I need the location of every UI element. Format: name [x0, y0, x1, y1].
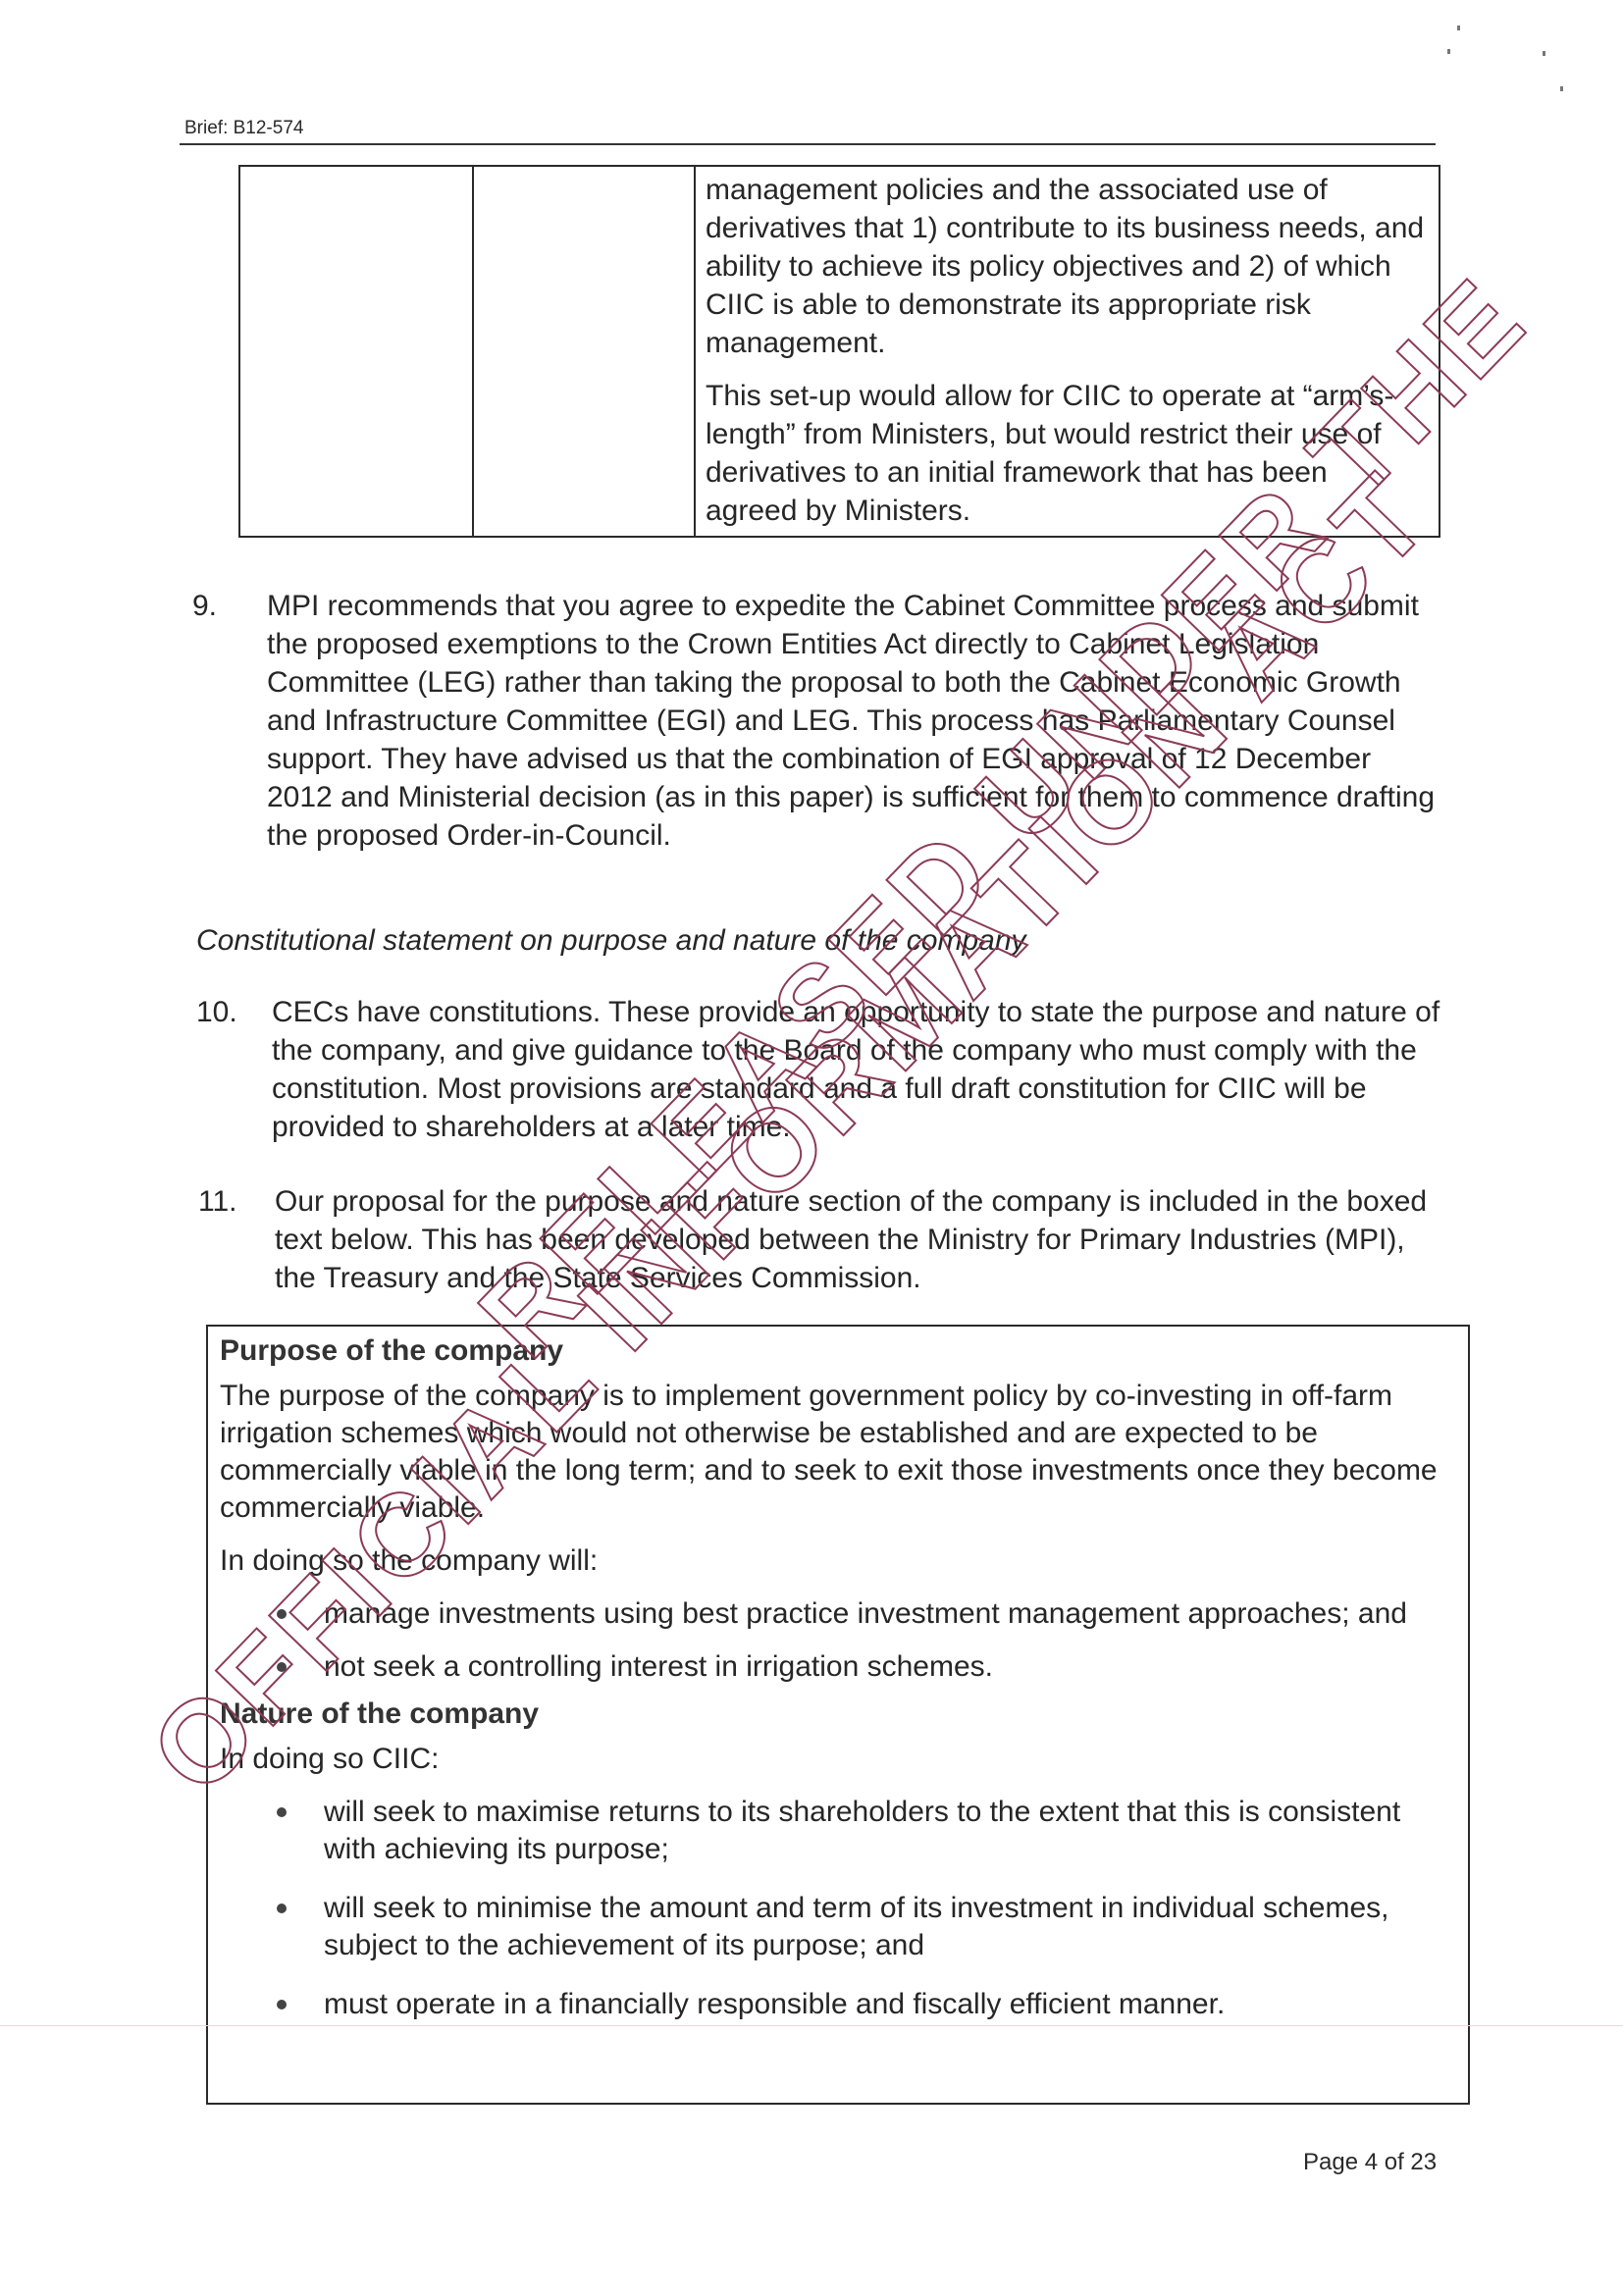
- nature-list: will seek to maximise returns to its sha…: [220, 1794, 1448, 2023]
- bullet-icon: [277, 1904, 287, 1913]
- table-cell-description: management policies and the associated u…: [706, 171, 1427, 545]
- list-item: will seek to maximise returns to its sha…: [220, 1794, 1448, 1868]
- paragraph-number: 10.: [196, 993, 237, 1031]
- list-item: manage investments using best practice i…: [220, 1595, 1448, 1633]
- bullet-icon: [277, 1609, 287, 1619]
- purpose-heading: Purpose of the company: [220, 1332, 1448, 1370]
- table-column-divider: [472, 167, 474, 536]
- scan-speck: [1543, 51, 1545, 56]
- list-item-text: will seek to minimise the amount and ter…: [324, 1892, 1388, 1961]
- purpose-intro: In doing so the company will:: [220, 1542, 1448, 1580]
- table-cell-paragraph: management policies and the associated u…: [706, 171, 1427, 362]
- section-heading: Constitutional statement on purpose and …: [196, 924, 1026, 958]
- bullet-icon: [277, 2000, 287, 2009]
- purpose-text: The purpose of the company is to impleme…: [220, 1378, 1448, 1527]
- list-item-text: must operate in a financially responsibl…: [324, 1988, 1225, 2020]
- list-item: will seek to minimise the amount and ter…: [220, 1890, 1448, 1964]
- bullet-icon: [277, 1662, 287, 1672]
- table-cell-paragraph: This set-up would allow for CIIC to oper…: [706, 377, 1427, 530]
- scan-artifact-line: [0, 2025, 1623, 2026]
- list-item-text: not seek a controlling interest in irrig…: [324, 1650, 993, 1683]
- list-item-text: manage investments using best practice i…: [324, 1597, 1407, 1630]
- list-item: not seek a controlling interest in irrig…: [220, 1648, 1448, 1686]
- purpose-list: manage investments using best practice i…: [220, 1595, 1448, 1686]
- list-item-text: will seek to maximise returns to its sha…: [324, 1796, 1400, 1865]
- bullet-icon: [277, 1807, 287, 1817]
- table-column-divider: [694, 167, 696, 536]
- paragraph-10: CECs have constitutions. These provide a…: [272, 993, 1449, 1146]
- purpose-nature-box: Purpose of the company The purpose of th…: [206, 1325, 1470, 2105]
- nature-heading: Nature of the company: [220, 1696, 1448, 1733]
- options-table-continuation: management policies and the associated u…: [238, 165, 1440, 538]
- page-number: Page 4 of 23: [1303, 2149, 1437, 2176]
- paragraph-number: 11.: [198, 1182, 236, 1221]
- paragraph-number: 9.: [192, 587, 217, 625]
- paragraph-9: MPI recommends that you agree to expedit…: [267, 587, 1444, 855]
- header-divider: [180, 143, 1436, 145]
- paragraph-11: Our proposal for the purpose and nature …: [275, 1182, 1452, 1297]
- nature-intro: In doing so CIIC:: [220, 1741, 1448, 1778]
- list-item: must operate in a financially responsibl…: [220, 1986, 1448, 2023]
- scan-speck: [1447, 49, 1450, 54]
- brief-reference: Brief: B12-574: [184, 118, 303, 139]
- scan-speck: [1560, 86, 1563, 91]
- scan-speck: [1457, 26, 1460, 30]
